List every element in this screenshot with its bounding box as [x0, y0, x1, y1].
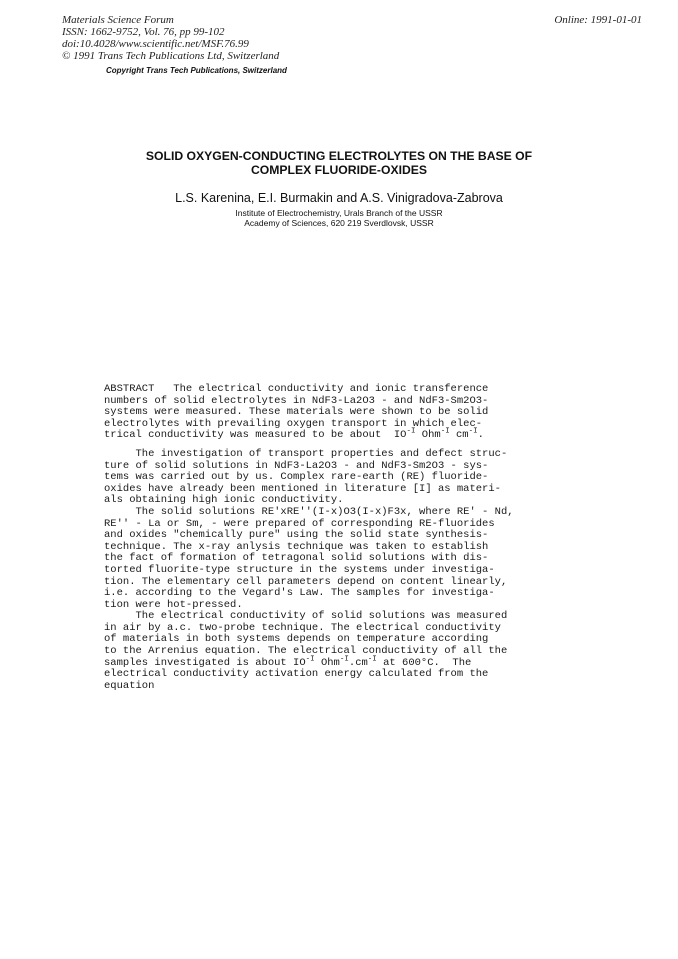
online-date: Online: 1991-01-01 [554, 14, 642, 26]
body-line: ABSTRACT The electrical conductivity and… [104, 384, 544, 396]
affiliation-line-2: Academy of Sciences, 620 219 Sverdlovsk,… [0, 218, 678, 228]
issn: ISSN: 1662-9752, Vol. 76, pp 99-102 [62, 26, 279, 38]
body-line: equation [104, 681, 544, 693]
body-line: The solid solutions RE'xRE''(I-x)O3(I-x)… [104, 507, 544, 519]
affiliation: Institute of Electrochemistry, Urals Bra… [0, 208, 678, 228]
body-line: to the Arrenius equation. The electrical… [104, 646, 544, 658]
body-line: i.e. according to the Vegard's Law. The … [104, 588, 544, 600]
copyright-notice: Copyright Trans Tech Publications, Switz… [106, 66, 287, 75]
paper-body: ABSTRACT The electrical conductivity and… [104, 384, 544, 692]
journal-header: Materials Science Forum ISSN: 1662-9752,… [62, 14, 279, 62]
publisher-notice: © 1991 Trans Tech Publications Ltd, Swit… [62, 50, 279, 62]
affiliation-line-1: Institute of Electrochemistry, Urals Bra… [0, 208, 678, 218]
paper-title: SOLID OXYGEN-CONDUCTING ELECTROLYTES ON … [0, 149, 678, 177]
title-line-2: COMPLEX FLUORIDE-OXIDES [0, 163, 678, 177]
title-line-1: SOLID OXYGEN-CONDUCTING ELECTROLYTES ON … [0, 149, 678, 163]
body-line: electrical conductivity activation energ… [104, 669, 544, 681]
body-line: tems was carried out by us. Complex rare… [104, 472, 544, 484]
body-line: The investigation of transport propertie… [104, 449, 544, 461]
body-line: and oxides "chemically pure" using the s… [104, 530, 544, 542]
body-line: torted fluorite-type structure in the sy… [104, 565, 544, 577]
doi-link[interactable]: doi:10.4028/www.scientific.net/MSF.76.99 [62, 38, 279, 50]
body-line: trical conductivity was measured to be a… [104, 430, 544, 442]
authors: L.S. Karenina, E.I. Burmakin and A.S. Vi… [0, 191, 678, 205]
journal-name: Materials Science Forum [62, 14, 279, 26]
